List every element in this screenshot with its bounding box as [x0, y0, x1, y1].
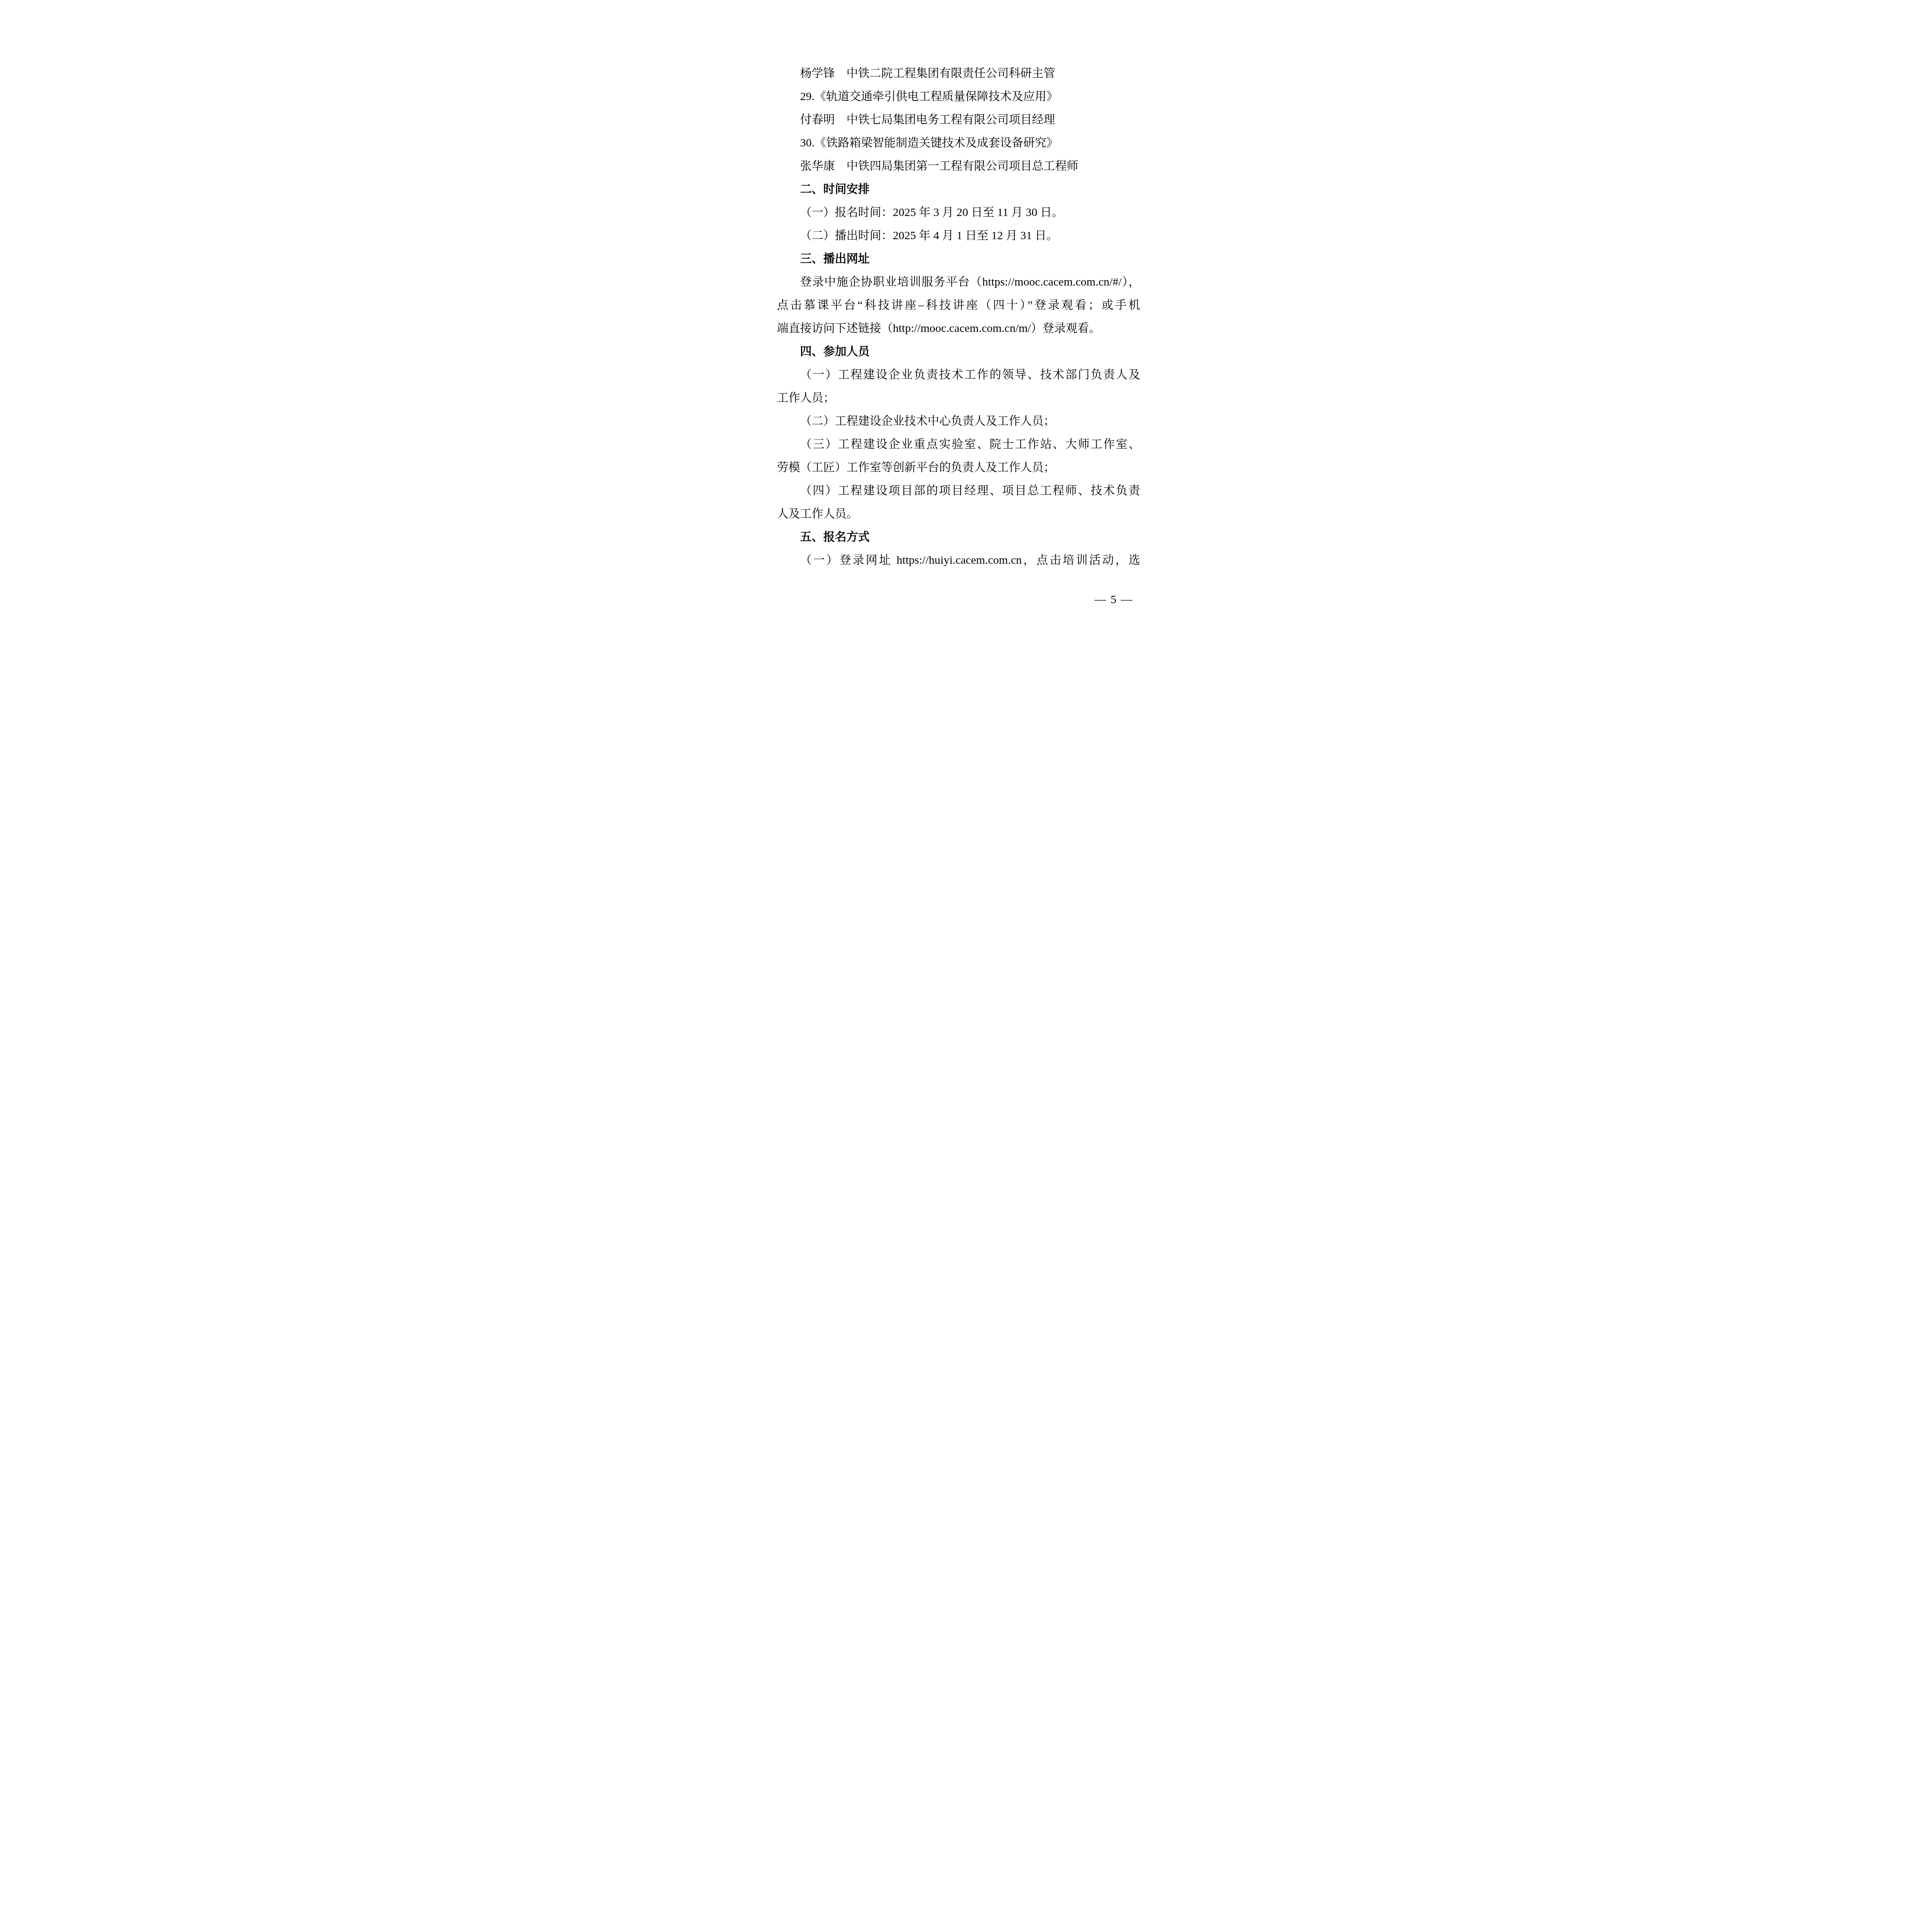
document-lines: 杨学锋 中铁二院工程集团有限责任公司科研主管29.《轨道交通牵引供电工程质量保障…	[777, 62, 1140, 572]
document-line: （一）报名时间：2025 年 3 月 20 日至 11 月 30 日。	[777, 201, 1140, 224]
document-line: 张华康 中铁四局集团第一工程有限公司项目总工程师	[777, 155, 1140, 178]
document-line: （二）工程建设企业技术中心负责人及工作人员；	[777, 410, 1140, 433]
document-line: 点击慕课平台“科技讲座–科技讲座（四十）”登录观看；或手机	[777, 294, 1140, 317]
document-page: 杨学锋 中铁二院工程集团有限责任公司科研主管29.《轨道交通牵引供电工程质量保障…	[719, 0, 1198, 678]
document-line: 端直接访问下述链接（http://mooc.cacem.com.cn/m/）登录…	[777, 317, 1140, 340]
document-line: （一）工程建设企业负责技术工作的领导、技术部门负责人及	[777, 363, 1140, 386]
document-line: （四）工程建设项目部的项目经理、项目总工程师、技术负责	[777, 479, 1140, 502]
document-line: 登录中施企协职业培训服务平台（https://mooc.cacem.com.cn…	[777, 270, 1140, 294]
document-line: 29.《轨道交通牵引供电工程质量保障技术及应用》	[777, 85, 1140, 108]
section-heading: 五、报名方式	[777, 526, 1140, 549]
document-line: 付春明 中铁七局集团电务工程有限公司项目经理	[777, 108, 1140, 131]
page-number: — 5 —	[1095, 588, 1133, 611]
document-line: （二）播出时间：2025 年 4 月 1 日至 12 月 31 日。	[777, 224, 1140, 247]
section-heading: 四、参加人员	[777, 340, 1140, 363]
section-heading: 二、时间安排	[777, 178, 1140, 201]
document-line: 30.《铁路箱梁智能制造关键技术及成套设备研究》	[777, 131, 1140, 155]
document-line: 工作人员；	[777, 386, 1140, 410]
document-line: 人及工作人员。	[777, 502, 1140, 526]
document-line: （一）登录网址 https://huiyi.cacem.com.cn，点击培训活…	[777, 549, 1140, 572]
document-line: （三）工程建设企业重点实验室、院士工作站、大师工作室、	[777, 433, 1140, 456]
document-line: 杨学锋 中铁二院工程集团有限责任公司科研主管	[777, 62, 1140, 85]
document-line: 劳模（工匠）工作室等创新平台的负责人及工作人员；	[777, 456, 1140, 479]
section-heading: 三、播出网址	[777, 247, 1140, 270]
